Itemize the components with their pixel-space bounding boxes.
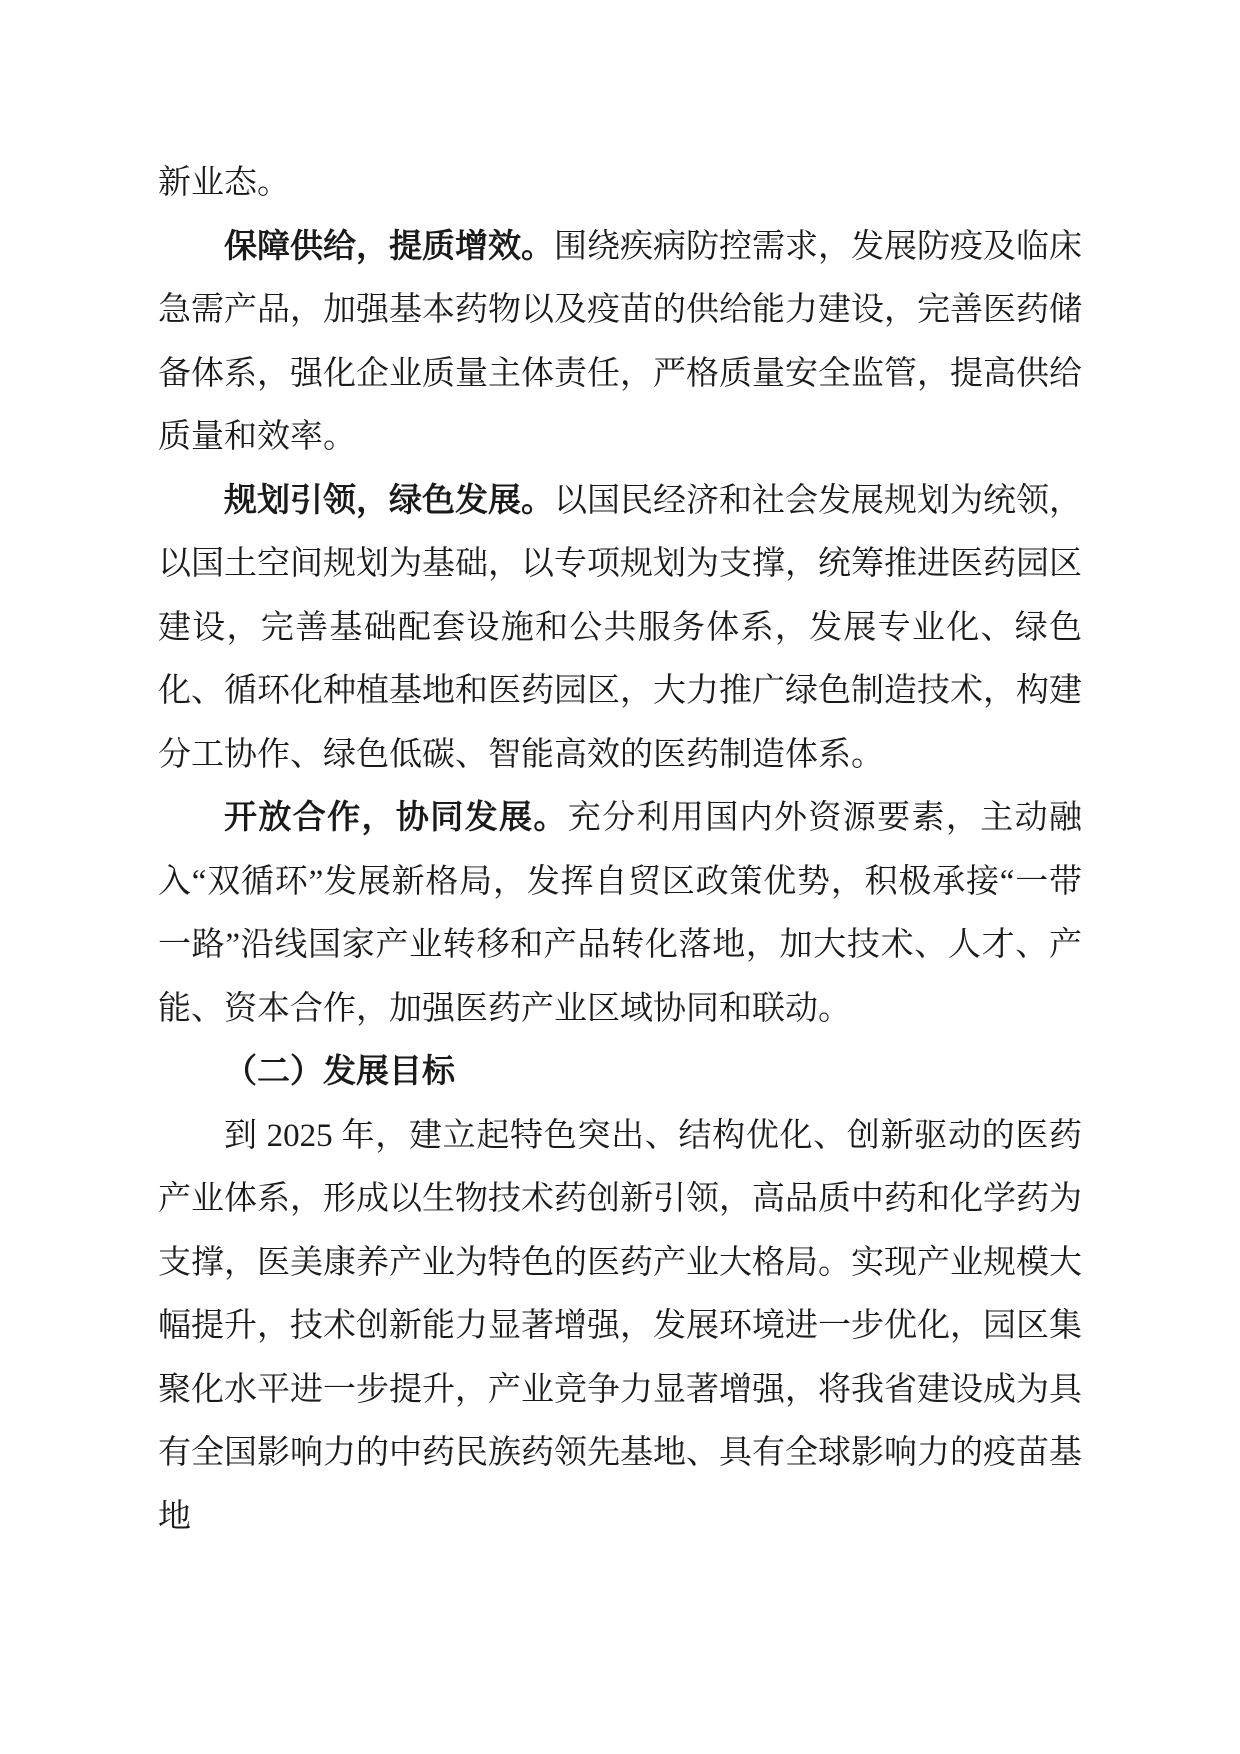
paragraph-text: 到 2025 年，建立起特色突出、结构优化、创新驱动的医药产业体系，形成以生物技… [158,1118,1082,1535]
paragraph-text: 以国民经济和社会发展规划为统领，以国土空间规划为基础，以专项规划为支撑，统筹推进… [158,483,1082,773]
paragraph: 开放合作，协同发展。充分利用国内外资源要素，主动融入“双循环”发展新格局，发挥自… [158,787,1082,1041]
paragraph: 保障供给，提质增效。围绕疾病防控需求，发展防疫及临床急需产品，加强基本药物以及疫… [158,216,1082,470]
paragraph: 到 2025 年，建立起特色突出、结构优化、创新驱动的医药产业体系，形成以生物技… [158,1105,1082,1550]
paragraph-text: 新业态。 [158,165,290,201]
document-body: 新业态。保障供给，提质增效。围绕疾病防控需求，发展防疫及临床急需产品，加强基本药… [158,152,1082,1549]
paragraph: 新业态。 [158,152,1082,216]
paragraph-lead: 规划引领，绿色发展。 [224,483,554,519]
document-page: 新业态。保障供给，提质增效。围绕疾病防控需求，发展防疫及临床急需产品，加强基本药… [0,0,1240,1754]
paragraph-lead: 开放合作，协同发展。 [224,800,568,836]
paragraph-lead: （二）发展目标 [224,1054,455,1090]
paragraph: 规划引领，绿色发展。以国民经济和社会发展规划为统领，以国土空间规划为基础，以专项… [158,470,1082,788]
section-heading: （二）发展目标 [158,1041,1082,1105]
paragraph-lead: 保障供给，提质增效。 [224,229,554,265]
